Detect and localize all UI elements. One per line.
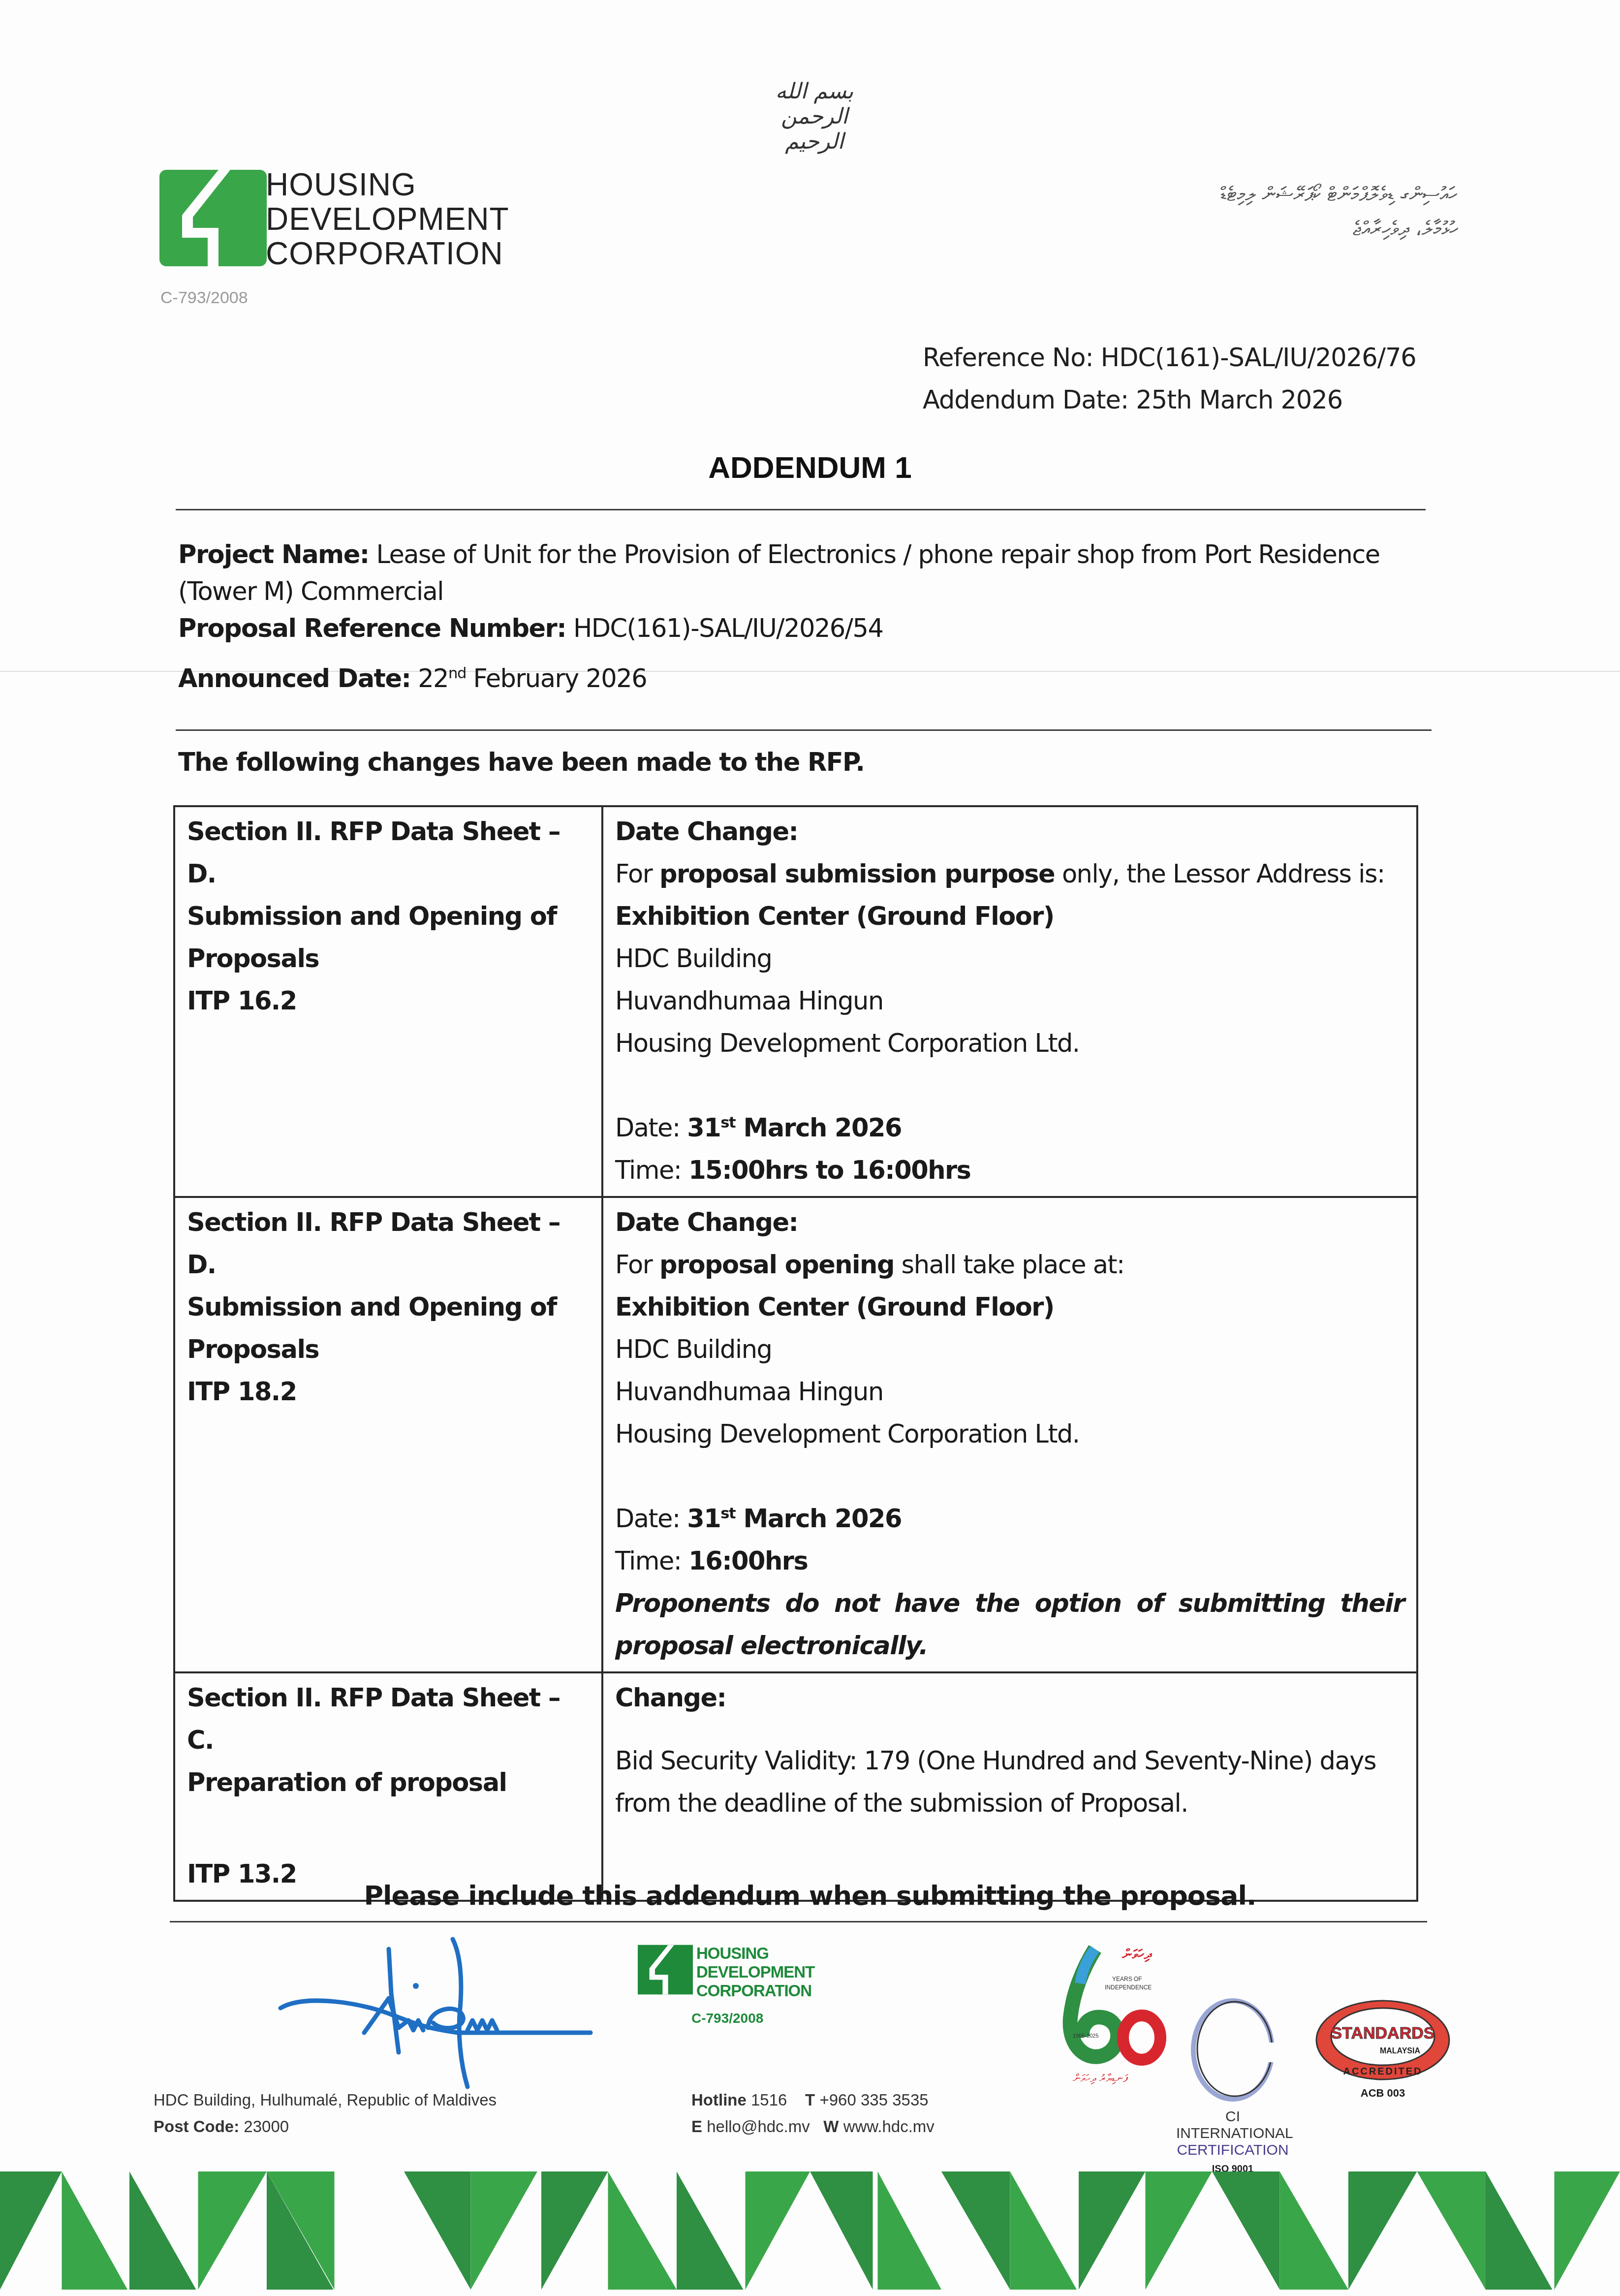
project-name: Project Name: Lease of Unit for the Prov… xyxy=(178,536,1438,610)
divider xyxy=(176,509,1426,510)
proposal-reference: Proposal Reference Number: HDC(161)-SAL/… xyxy=(178,610,1438,647)
address-line: Huvandhumaa Hingun xyxy=(615,980,1404,1023)
section-line: Proposals xyxy=(187,1329,590,1371)
footer-logo-icon xyxy=(638,1944,693,1997)
change-intro: For proposal opening shall take place at… xyxy=(615,1244,1404,1287)
hotline: 1516 xyxy=(751,2091,787,2109)
org-name-line: HOUSING xyxy=(266,167,509,202)
footer-logo-registration: C-793/2008 xyxy=(691,2011,763,2026)
ci-ring-icon xyxy=(1184,1993,1282,2107)
footer-address: HDC Building, Hulhumalé, Republic of Mal… xyxy=(154,2087,497,2140)
section-line: Section II. RFP Data Sheet – C. xyxy=(187,1677,590,1762)
section-line: Submission and Opening of xyxy=(187,896,590,938)
svg-text:ފަނޑިޔާރު ދިހަވަން: ފަނޑިޔާރު ދިހަވަން xyxy=(1073,2073,1128,2085)
changes-intro: The following changes have been made to … xyxy=(178,748,864,777)
svg-text:ACCREDITED: ACCREDITED xyxy=(1343,2066,1422,2077)
project-info: Project Name: Lease of Unit for the Prov… xyxy=(178,536,1438,647)
dhivehi-line: ހުޅުމާލެ، ދިވެހިރާއްޖެ xyxy=(1162,212,1458,246)
change-cell: Date Change: For proposal submission pur… xyxy=(602,806,1417,1197)
svg-text:YEARS OF: YEARS OF xyxy=(1112,1976,1142,1982)
independence-60-logo-icon: ދިހަވަން YEARS OF INDEPENDENCE 1965-2025… xyxy=(1058,1939,1171,2087)
reference-number: Reference No: HDC(161)-SAL/IU/2026/76 xyxy=(923,337,1416,379)
footer-contact: Hotline 1516 T +960 335 3535 E hello@hdc… xyxy=(691,2087,935,2140)
svg-text:MALAYSIA: MALAYSIA xyxy=(1380,2047,1421,2055)
closing-note: Please include this addendum when submit… xyxy=(0,1880,1620,1911)
change-date: Date: 31st March 2026 xyxy=(615,1107,1404,1150)
section-line: Section II. RFP Data Sheet – D. xyxy=(187,811,590,896)
bismillah-calligraphy: بسم الله الرحمن الرحيم xyxy=(758,79,871,133)
section-line: Section II. RFP Data Sheet – D. xyxy=(187,1202,590,1287)
email-label: E xyxy=(691,2117,702,2136)
change-cell: Change: Bid Security Validity: 179 (One … xyxy=(602,1672,1417,1901)
section-line: Proposals xyxy=(187,938,590,980)
decorative-triangle-band xyxy=(0,2170,1620,2291)
section-itp: ITP 16.2 xyxy=(187,980,590,1023)
section-cell: Section II. RFP Data Sheet – D. Submissi… xyxy=(174,806,602,1197)
change-intro: For proposal submission purpose only, th… xyxy=(615,853,1404,896)
ci-certification-badge: CI INTERNATIONAL CERTIFICATION ISO 9001 xyxy=(1176,1993,1289,2175)
address-line: HDC Building, Hulhumalé, Republic of Mal… xyxy=(154,2087,497,2113)
svg-text:STANDARDS: STANDARDS xyxy=(1331,2024,1435,2043)
change-heading: Date Change: xyxy=(615,1208,798,1237)
email-link[interactable]: hello@hdc.mv xyxy=(707,2117,810,2136)
ci-line2: CERTIFICATION xyxy=(1176,2142,1289,2159)
footer-logo-text: HOUSING DEVELOPMENT CORPORATION xyxy=(696,1944,814,2000)
proposal-ref-value: HDC(161)-SAL/IU/2026/54 xyxy=(573,614,883,643)
changes-table: Section II. RFP Data Sheet – D. Submissi… xyxy=(173,805,1418,1902)
standards-oval-icon: STANDARDS MALAYSIA ACCREDITED xyxy=(1314,1998,1452,2082)
acb-code: ACB 003 xyxy=(1309,2087,1457,2100)
org-name-line: CORPORATION xyxy=(266,236,509,271)
electronic-submission-note: Proponents do not have the option of sub… xyxy=(615,1583,1404,1667)
section-itp: ITP 18.2 xyxy=(187,1371,590,1414)
signature xyxy=(266,1934,600,2097)
change-cell: Date Change: For proposal opening shall … xyxy=(602,1197,1417,1672)
divider xyxy=(170,1921,1427,1922)
address-line: Housing Development Corporation Ltd. xyxy=(615,1414,1404,1456)
change-body: Bid Security Validity: 179 (One Hundred … xyxy=(615,1740,1404,1825)
hdc-logo-icon xyxy=(159,170,267,266)
change-time: Time: 15:00hrs to 16:00hrs xyxy=(615,1150,1404,1192)
reference-block: Reference No: HDC(161)-SAL/IU/2026/76 Ad… xyxy=(923,337,1416,422)
phone: +960 335 3535 xyxy=(819,2091,928,2109)
proposal-ref-label: Proposal Reference Number: xyxy=(178,614,566,643)
ci-line1: CI INTERNATIONAL xyxy=(1176,2108,1289,2142)
announced-day: 22 xyxy=(418,664,448,693)
project-name-label: Project Name: xyxy=(178,540,369,569)
addendum-date: Addendum Date: 25th March 2026 xyxy=(923,379,1416,422)
announced-suffix: nd xyxy=(448,665,466,682)
svg-text:ދިހަވަން: ދިހަވަން xyxy=(1122,1946,1152,1962)
table-row: Section II. RFP Data Sheet – D. Submissi… xyxy=(174,806,1417,1197)
dhivehi-line: ހައުސިންގ ޑިވެލޮޕްމަންޓް ކޯޕަރޭޝަން ލިމި… xyxy=(1162,177,1458,212)
org-registration: C-793/2008 xyxy=(160,288,248,308)
venue: Exhibition Center (Ground Floor) xyxy=(615,1293,1054,1322)
change-date: Date: 31st March 2026 xyxy=(615,1498,1404,1541)
standards-malaysia-badge: STANDARDS MALAYSIA ACCREDITED ACB 003 xyxy=(1309,1998,1457,2100)
section-cell: Section II. RFP Data Sheet – D. Submissi… xyxy=(174,1197,602,1672)
org-name: HOUSING DEVELOPMENT CORPORATION xyxy=(266,167,509,271)
announced-label: Announced Date: xyxy=(178,664,410,693)
change-heading: Date Change: xyxy=(615,818,798,847)
web-label: W xyxy=(823,2117,839,2136)
announced-rest: February 2026 xyxy=(473,664,647,693)
change-time: Time: 16:00hrs xyxy=(615,1541,1404,1583)
document-title: ADDENDUM 1 xyxy=(0,450,1620,485)
org-name-dhivehi: ހައުސިންގ ޑިވެލޮޕްމަންޓް ކޯޕަރޭޝަން ލިމި… xyxy=(1162,177,1458,246)
announced-date: Announced Date: 22nd February 2026 xyxy=(178,664,647,693)
section-line: Preparation of proposal xyxy=(187,1762,590,1804)
change-heading: Change: xyxy=(615,1684,726,1713)
hotline-label: Hotline xyxy=(691,2091,747,2109)
address-line: Huvandhumaa Hingun xyxy=(615,1371,1404,1414)
svg-text:1965-2025: 1965-2025 xyxy=(1073,2033,1099,2039)
table-row: Section II. RFP Data Sheet – D. Submissi… xyxy=(174,1197,1417,1672)
table-row: Section II. RFP Data Sheet – C. Preparat… xyxy=(174,1672,1417,1901)
venue: Exhibition Center (Ground Floor) xyxy=(615,902,1054,931)
web-link[interactable]: www.hdc.mv xyxy=(843,2117,935,2136)
postcode: Post Code: 23000 xyxy=(154,2113,497,2140)
address-line: HDC Building xyxy=(615,938,1404,980)
address-line: HDC Building xyxy=(615,1329,1404,1371)
phone-label: T xyxy=(805,2091,815,2109)
section-cell: Section II. RFP Data Sheet – C. Preparat… xyxy=(174,1672,602,1901)
svg-text:INDEPENDENCE: INDEPENDENCE xyxy=(1105,1984,1152,1991)
section-line: Submission and Opening of xyxy=(187,1287,590,1329)
org-name-line: DEVELOPMENT xyxy=(266,202,509,236)
divider xyxy=(176,729,1432,731)
address-line: Housing Development Corporation Ltd. xyxy=(615,1023,1404,1065)
